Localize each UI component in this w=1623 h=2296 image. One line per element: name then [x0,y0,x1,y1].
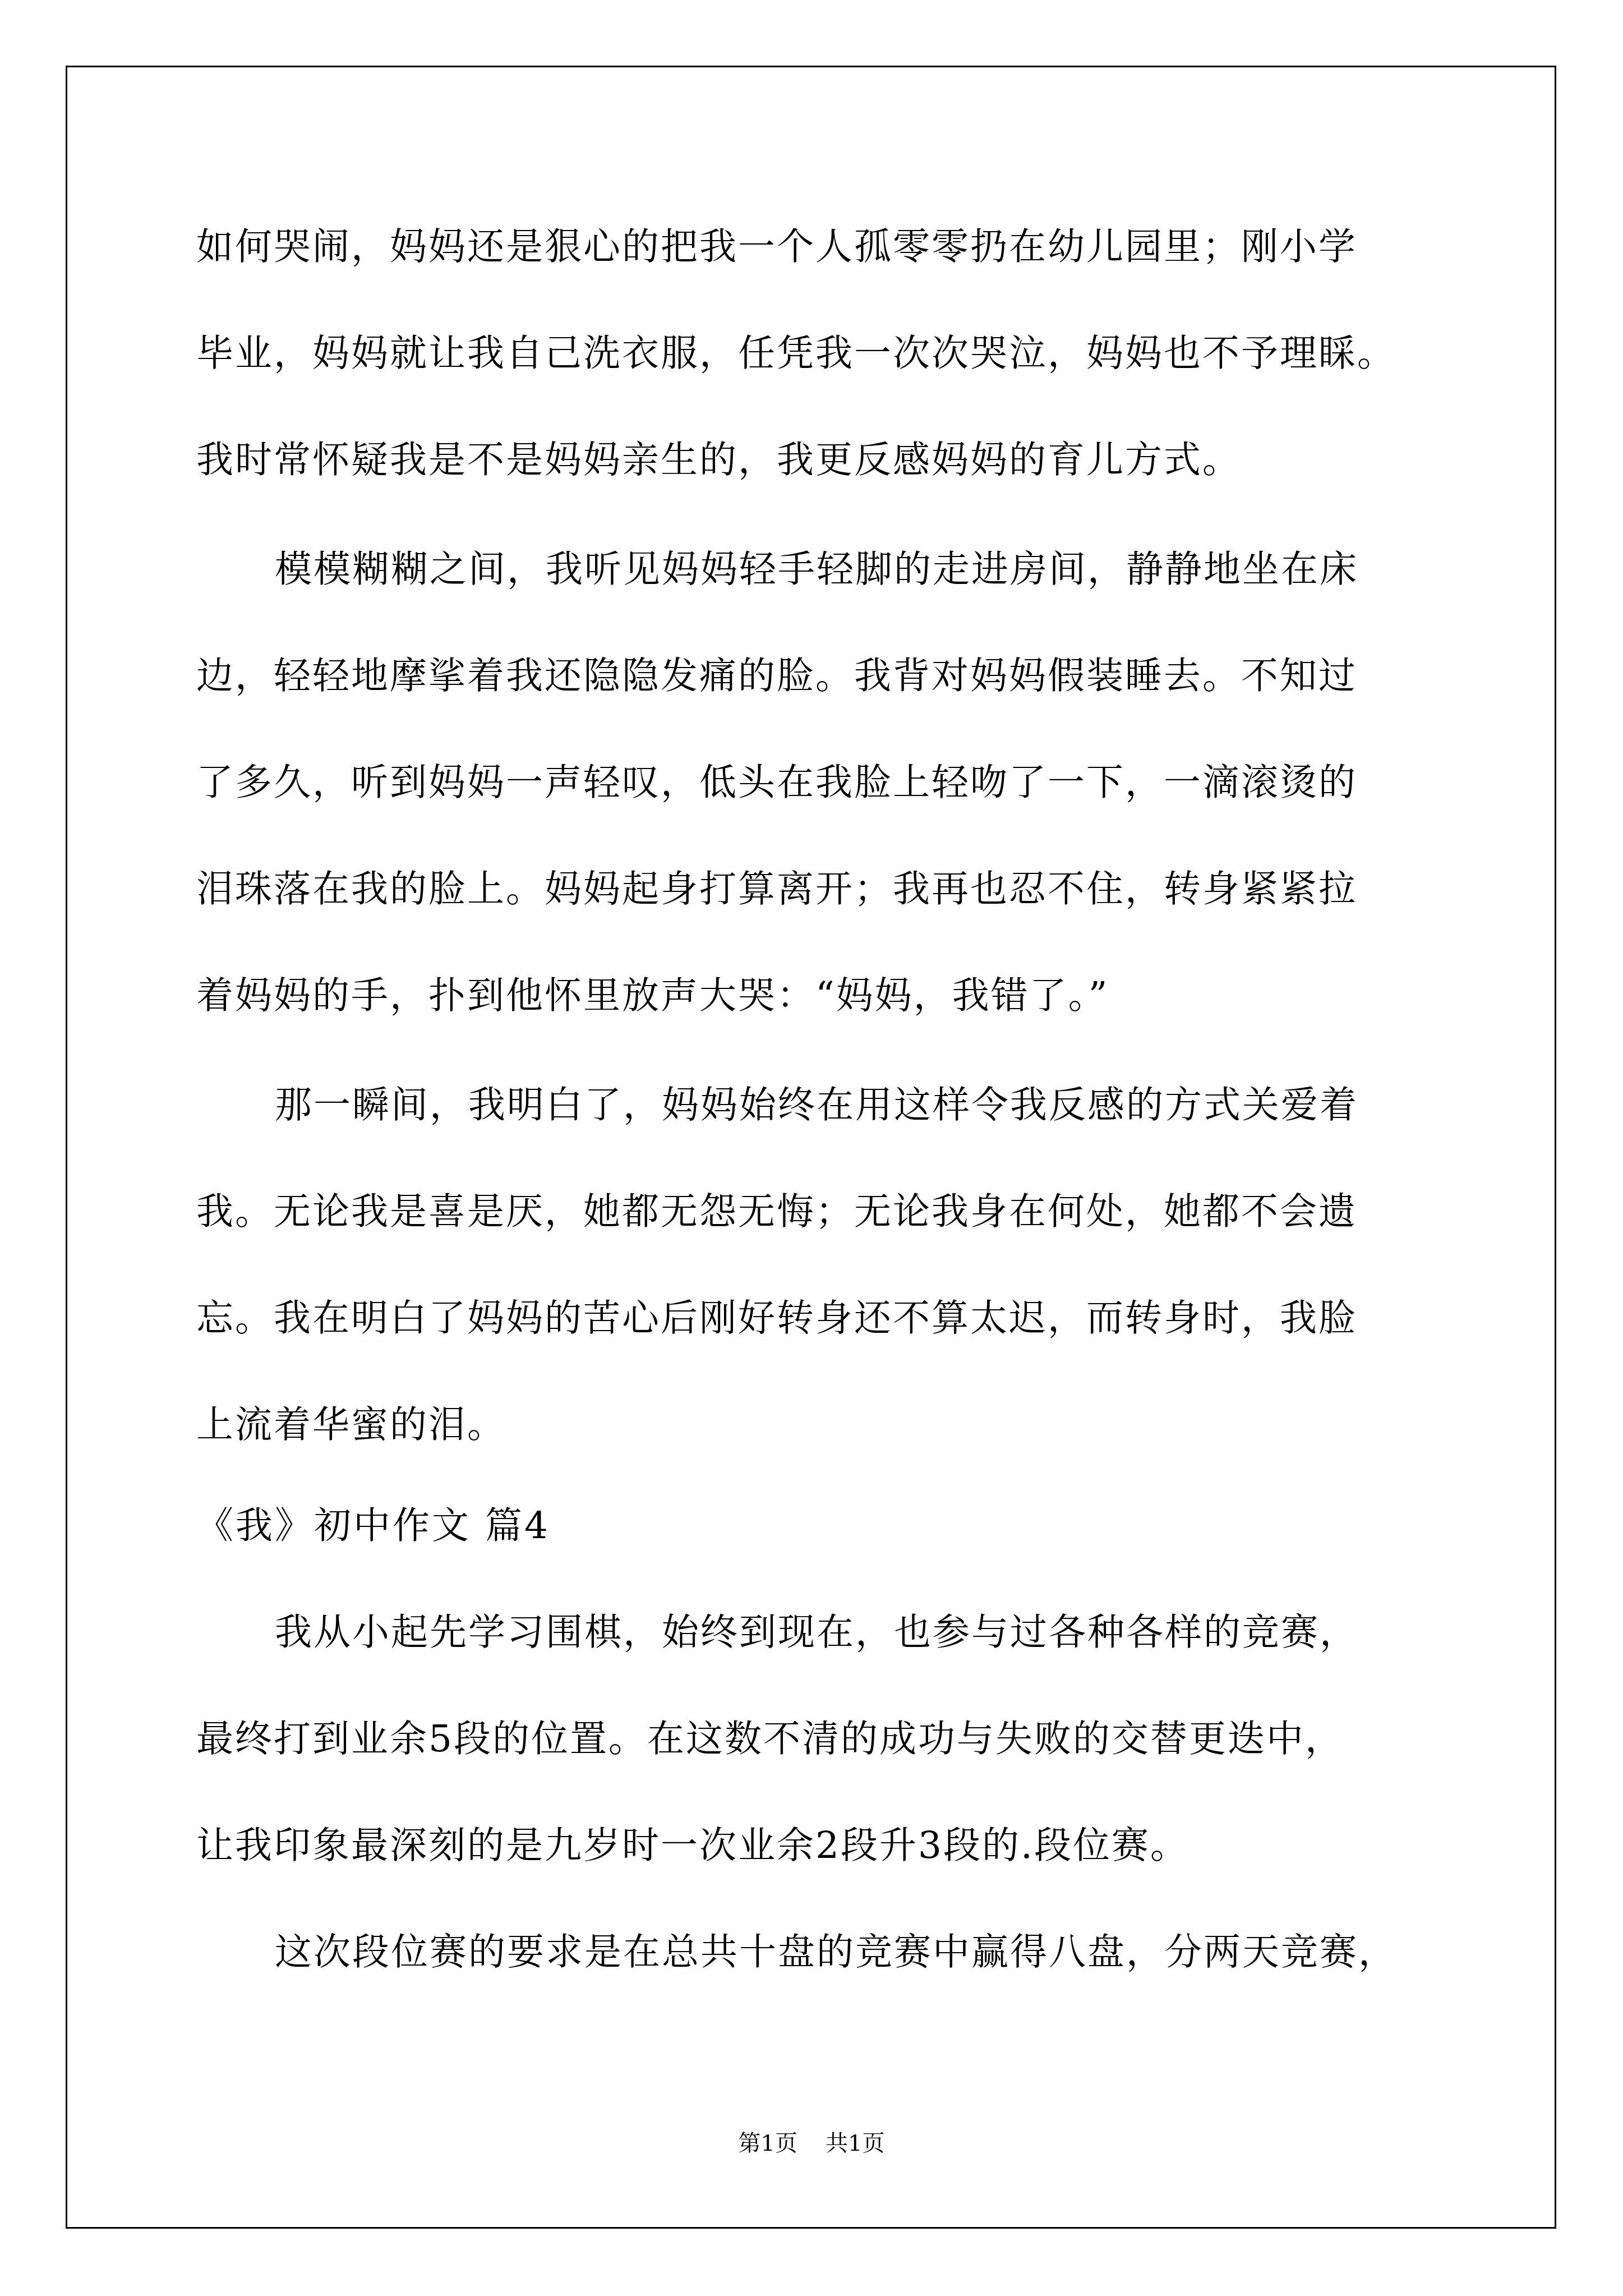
paragraph-line: 我时常怀疑我是不是妈妈亲生的，我更反感妈妈的育儿方式。 [196,438,1241,482]
paragraph-line: 那一瞬间，我明白了，妈妈始终在用这样令我反感的方式关爱着 [275,1083,1358,1128]
section-heading: 《我》初中作文 篇4 [196,1503,550,1548]
paragraph-line: 泪珠落在我的脸上。妈妈起身打算离开；我再也忍不住，转身紧紧拉 [196,867,1357,912]
paragraph-line: 忘。我在明白了妈妈的苦心后刚好转身还不算太迟，而转身时，我脸 [196,1296,1357,1341]
paragraph-line: 上流着华蜜的泪。 [196,1402,506,1447]
page-number: 第1页 [739,2129,797,2157]
page-border [66,66,1556,2229]
paragraph-line: 模模糊糊之间，我听见妈妈轻手轻脚的走进房间，静静地坐在床 [275,547,1358,592]
page-total: 共1页 [826,2129,884,2157]
paragraph-line: 我。无论我是喜是厌，她都无怨无悔；无论我身在何处，她都不会遗 [196,1189,1357,1234]
paragraph-line: 了多久，听到妈妈一声轻叹，低头在我脸上轻吻了一下，一滴滚烫的 [196,760,1357,805]
paragraph-line: 最终打到业余5段的位置。在这数不清的成功与失败的交替更迭中， [196,1717,1344,1761]
paragraph-line: 边，轻轻地摩挲着我还隐隐发痛的脸。我背对妈妈假装睡去。不知过 [196,654,1357,698]
paragraph-line: 这次段位赛的要求是在总共十盘的竞赛中赢得八盘，分两天竞赛， [275,1930,1397,1975]
page-footer: 第1页共1页 [0,2129,1623,2157]
paragraph-line: 毕业，妈妈就让我自己洗衣服，任凭我一次次哭泣，妈妈也不予理睬。 [196,331,1396,376]
paragraph-line: 如何哭闹，妈妈还是狠心的把我一个人孤零零扔在幼儿园里；刚小学 [196,224,1357,269]
paragraph-line: 让我印象最深刻的是九岁时一次业余2段升3段的.段位赛。 [196,1823,1189,1868]
paragraph-line: 着妈妈的手，扑到他怀里放声大哭：“妈妈，我错了。” [196,973,1109,1018]
paragraph-line: 我从小起先学习围棋，始终到现在，也参与过各种各样的竞赛， [275,1610,1358,1655]
